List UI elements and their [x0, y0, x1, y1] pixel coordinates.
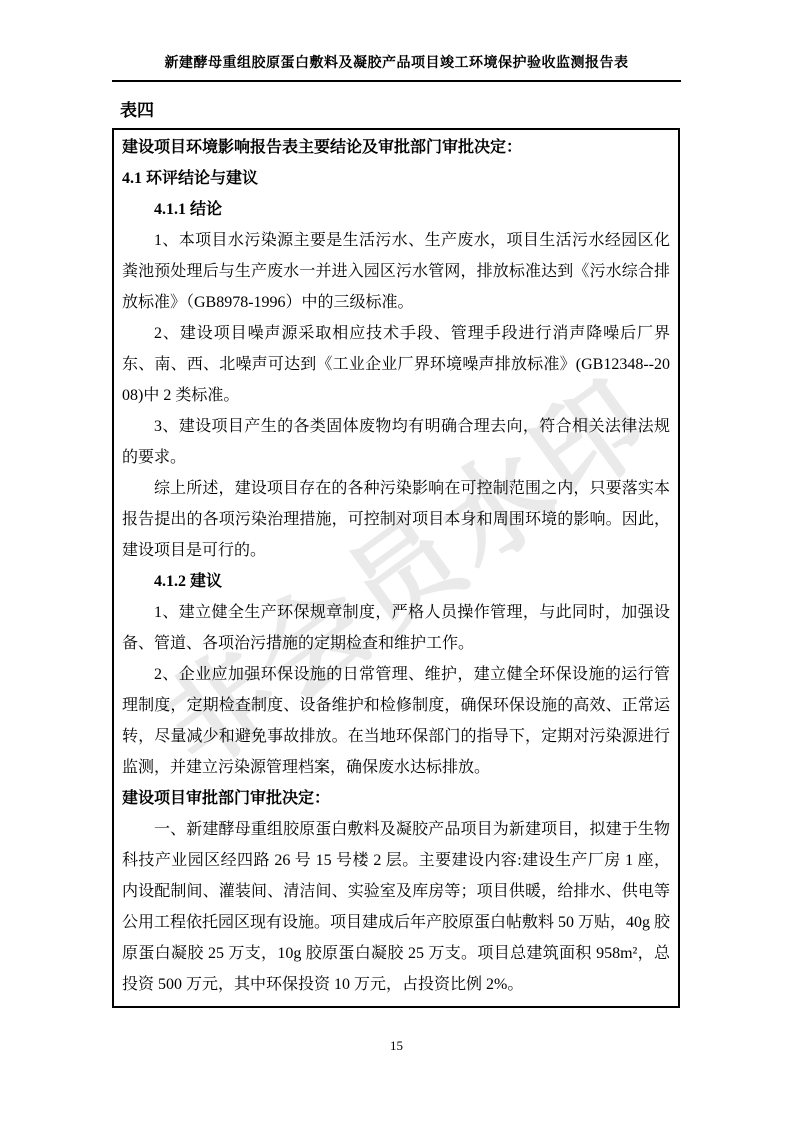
heading-4-1: 4.1 环评结论与建议 [122, 163, 670, 194]
page-content: 新建酵母重组胶原蛋白敷料及凝胶产品项目竣工环境保护验收监测报告表 表四 建设项目… [0, 0, 793, 121]
approval-decision-title: 建设项目审批部门审批决定： [122, 783, 670, 814]
table-title: 建设项目环境影响报告表主要结论及审批部门审批决定： [122, 132, 670, 163]
table-section-label: 表四 [120, 96, 681, 121]
report-conclusion-table: 建设项目环境影响报告表主要结论及审批部门审批决定：4.1 环评结论与建议4.1.… [112, 128, 680, 1008]
suggestion-item-2: 2、企业应加强环保设施的日常管理、维护，建立健全环保设施的运行管理制度，定期检查… [122, 659, 670, 783]
suggestion-item-1: 1、建立健全生产环保规章制度，严格人员操作管理，与此同时，加强设备、管道、各项治… [122, 597, 670, 659]
document-page: 非会员水印 新建酵母重组胶原蛋白敷料及凝胶产品项目竣工环境保护验收监测报告表 表… [0, 0, 793, 1122]
heading-4-1-2: 4.1.2 建议 [122, 566, 670, 597]
conclusion-item-3: 3、建设项目产生的各类固体废物均有明确合理去向，符合相关法律法规的要求。 [122, 411, 670, 473]
heading-4-1-1: 4.1.1 结论 [122, 194, 670, 225]
page-number: 15 [0, 1038, 793, 1054]
conclusion-item-2: 2、建设项目噪声源采取相应技术手段、管理手段进行消声降噪后厂界东、南、西、北噪声… [122, 318, 670, 411]
conclusion-summary: 综上所述，建设项目存在的各种污染影响在可控制范围之内，只要落实本报告提出的各项污… [122, 473, 670, 566]
approval-decision-paragraph: 一、新建酵母重组胶原蛋白敷料及凝胶产品项目为新建项目，拟建于生物科技产业园区经四… [122, 814, 670, 1000]
running-header-title: 新建酵母重组胶原蛋白敷料及凝胶产品项目竣工环境保护验收监测报告表 [112, 0, 681, 82]
conclusion-item-1: 1、本项目水污染源主要是生活污水、生产废水，项目生活污水经园区化粪池预处理后与生… [122, 225, 670, 318]
